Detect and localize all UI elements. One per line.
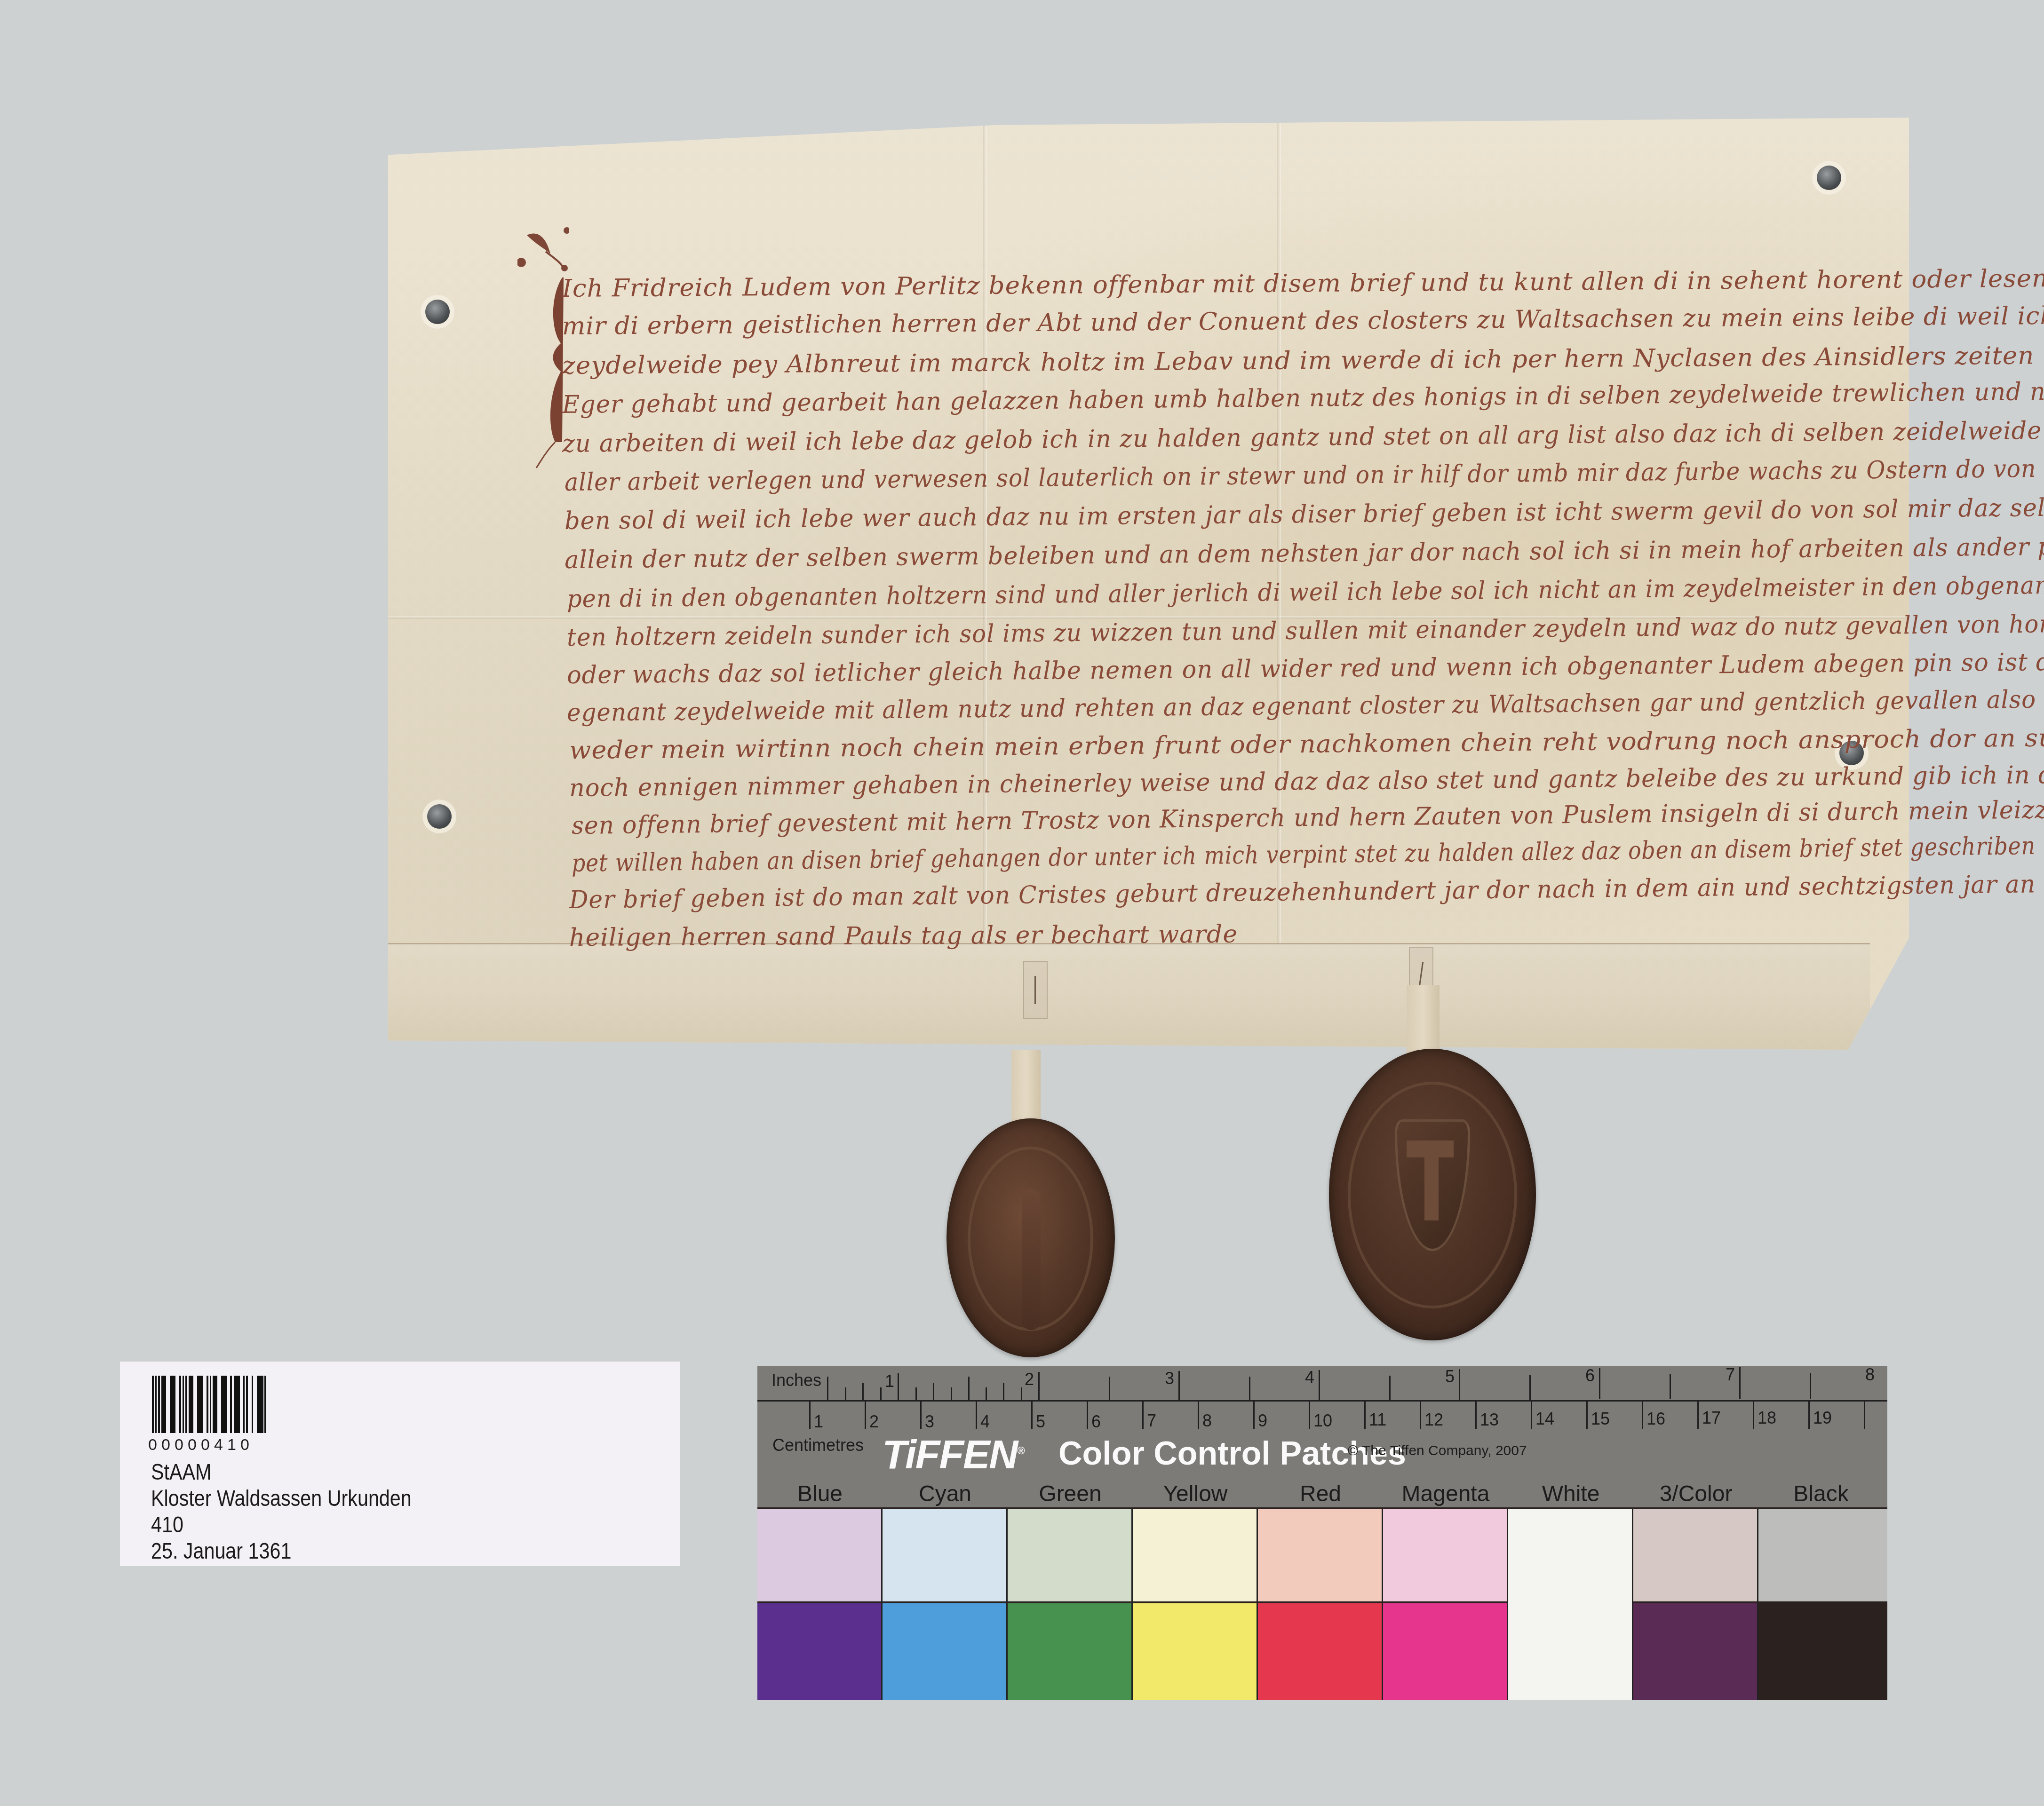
patch-label-green: Green bbox=[1008, 1483, 1133, 1505]
cm-mark: 7 bbox=[1147, 1412, 1156, 1429]
patch-magenta-light bbox=[1383, 1509, 1508, 1601]
archive-label: 0 0 0 0 0 4 1 0 StAAM Kloster Waldsassen… bbox=[120, 1362, 680, 1566]
cm-mark: 9 bbox=[1258, 1412, 1267, 1429]
inch-mark: 1 bbox=[885, 1373, 894, 1390]
cm-mark: 18 bbox=[1758, 1410, 1776, 1426]
cm-mark: 13 bbox=[1480, 1411, 1499, 1428]
inch-mark: 4 bbox=[1305, 1369, 1314, 1386]
cm-mark: 1 bbox=[814, 1413, 823, 1430]
barcode-digit: 0 bbox=[175, 1436, 183, 1454]
patch-label-yellow: Yellow bbox=[1133, 1483, 1258, 1505]
registered-mark: ® bbox=[1017, 1445, 1024, 1457]
patch-yellow-dark bbox=[1133, 1603, 1258, 1700]
cm-mark: 15 bbox=[1591, 1410, 1610, 1427]
barcode-digit: 0 bbox=[148, 1436, 157, 1454]
patch-green-light bbox=[1008, 1509, 1133, 1601]
collection-name: Kloster Waldsassen Urkunden bbox=[151, 1488, 412, 1510]
patch-cyan-dark bbox=[883, 1603, 1008, 1700]
patch-label-cyan: Cyan bbox=[883, 1483, 1008, 1505]
charter-text-line: heiligen herren sand Pauls tag als er be… bbox=[569, 922, 1238, 950]
cm-mark: 12 bbox=[1424, 1411, 1443, 1428]
patch-label-magenta: Magenta bbox=[1383, 1483, 1508, 1505]
cm-mark: 4 bbox=[980, 1413, 990, 1430]
patch-3color-dark bbox=[1633, 1603, 1758, 1700]
patch-label-3color: 3/Color bbox=[1633, 1483, 1758, 1505]
patch-blue-light bbox=[757, 1509, 883, 1601]
cm-mark: 11 bbox=[1369, 1411, 1386, 1428]
barcode-digit: 1 bbox=[227, 1436, 236, 1454]
inch-mark: 5 bbox=[1445, 1368, 1455, 1385]
inch-mark: 3 bbox=[1165, 1370, 1174, 1387]
patch-black-light bbox=[1758, 1509, 1887, 1601]
patch-label-black: Black bbox=[1758, 1483, 1884, 1505]
barcode bbox=[152, 1376, 266, 1433]
cm-tick bbox=[809, 1402, 811, 1429]
archive-name: StAAM bbox=[151, 1461, 211, 1484]
patch-label-blue: Blue bbox=[757, 1483, 883, 1505]
cm-mark: 3 bbox=[925, 1413, 934, 1430]
barcode-digit: 0 bbox=[161, 1436, 170, 1454]
cm-mark: 6 bbox=[1091, 1413, 1101, 1430]
document-date: 25. Januar 1361 bbox=[151, 1540, 291, 1563]
cm-mark: 19 bbox=[1813, 1410, 1832, 1426]
patch-red-dark bbox=[1258, 1603, 1383, 1700]
patch-label-red: Red bbox=[1258, 1483, 1383, 1505]
barcode-digits: 0 0 0 0 0 4 1 0 bbox=[148, 1436, 249, 1454]
barcode-digit: 0 bbox=[240, 1436, 249, 1454]
patch-white bbox=[1508, 1509, 1633, 1700]
copyright-notice: © The Tiffen Company, 2007 bbox=[1348, 1444, 1527, 1458]
patch-magenta-dark bbox=[1383, 1603, 1508, 1700]
patch-cyan-light bbox=[883, 1509, 1008, 1601]
inch-mark: 7 bbox=[1726, 1366, 1735, 1383]
patch-yellow-light bbox=[1133, 1509, 1258, 1601]
inch-mark: 6 bbox=[1585, 1367, 1595, 1384]
cm-mark: 5 bbox=[1036, 1413, 1045, 1430]
tiffen-color-card: Inches 1 2 3 4 5 6 7 8 1 bbox=[757, 1366, 1887, 1700]
cm-mark: 10 bbox=[1313, 1412, 1332, 1429]
brand-name: TiFFEN bbox=[882, 1432, 1017, 1477]
tag-mark-left bbox=[1034, 976, 1036, 1004]
decorated-initial-j-icon bbox=[517, 226, 569, 470]
mounting-pin-top-right bbox=[1817, 166, 1841, 190]
cm-mark: 16 bbox=[1646, 1410, 1665, 1427]
mounting-pin-top-left bbox=[425, 300, 450, 324]
mounting-pin-bottom-left bbox=[427, 804, 452, 829]
seal-slot-left bbox=[1023, 961, 1048, 1019]
seal-left-figure bbox=[1022, 1189, 1041, 1330]
patch-red-light bbox=[1258, 1509, 1383, 1601]
plica-fold-flap bbox=[388, 943, 1870, 1051]
ruler-baseline bbox=[757, 1400, 1887, 1402]
document-number: 410 bbox=[151, 1514, 183, 1537]
patch-green-dark bbox=[1008, 1603, 1133, 1700]
cm-mark: 8 bbox=[1202, 1412, 1212, 1429]
card-header: Inches 1 2 3 4 5 6 7 8 1 bbox=[757, 1366, 1887, 1507]
barcode-digit: 0 bbox=[188, 1436, 197, 1454]
inches-label: Inches bbox=[771, 1372, 821, 1389]
barcode-digit: 0 bbox=[201, 1436, 210, 1454]
patch-3color-light bbox=[1633, 1509, 1758, 1601]
inch-tick bbox=[827, 1377, 828, 1400]
tiffen-logo: TiFFEN® bbox=[882, 1434, 1024, 1475]
cm-mark: 14 bbox=[1535, 1410, 1554, 1427]
shield-post bbox=[1424, 1141, 1439, 1220]
patch-black-dark bbox=[1758, 1603, 1887, 1700]
patch-blue-dark bbox=[757, 1603, 883, 1700]
inch-mark: 2 bbox=[1025, 1371, 1034, 1388]
barcode-digit: 4 bbox=[214, 1436, 223, 1454]
centimetres-label: Centimetres bbox=[772, 1437, 864, 1454]
patch-label-white: White bbox=[1508, 1483, 1633, 1505]
cm-mark: 2 bbox=[869, 1413, 879, 1430]
inch-mark: 8 bbox=[1865, 1366, 1875, 1383]
seal-right bbox=[1329, 1049, 1536, 1340]
cm-mark: 17 bbox=[1702, 1410, 1721, 1426]
seal-left bbox=[946, 1118, 1115, 1357]
